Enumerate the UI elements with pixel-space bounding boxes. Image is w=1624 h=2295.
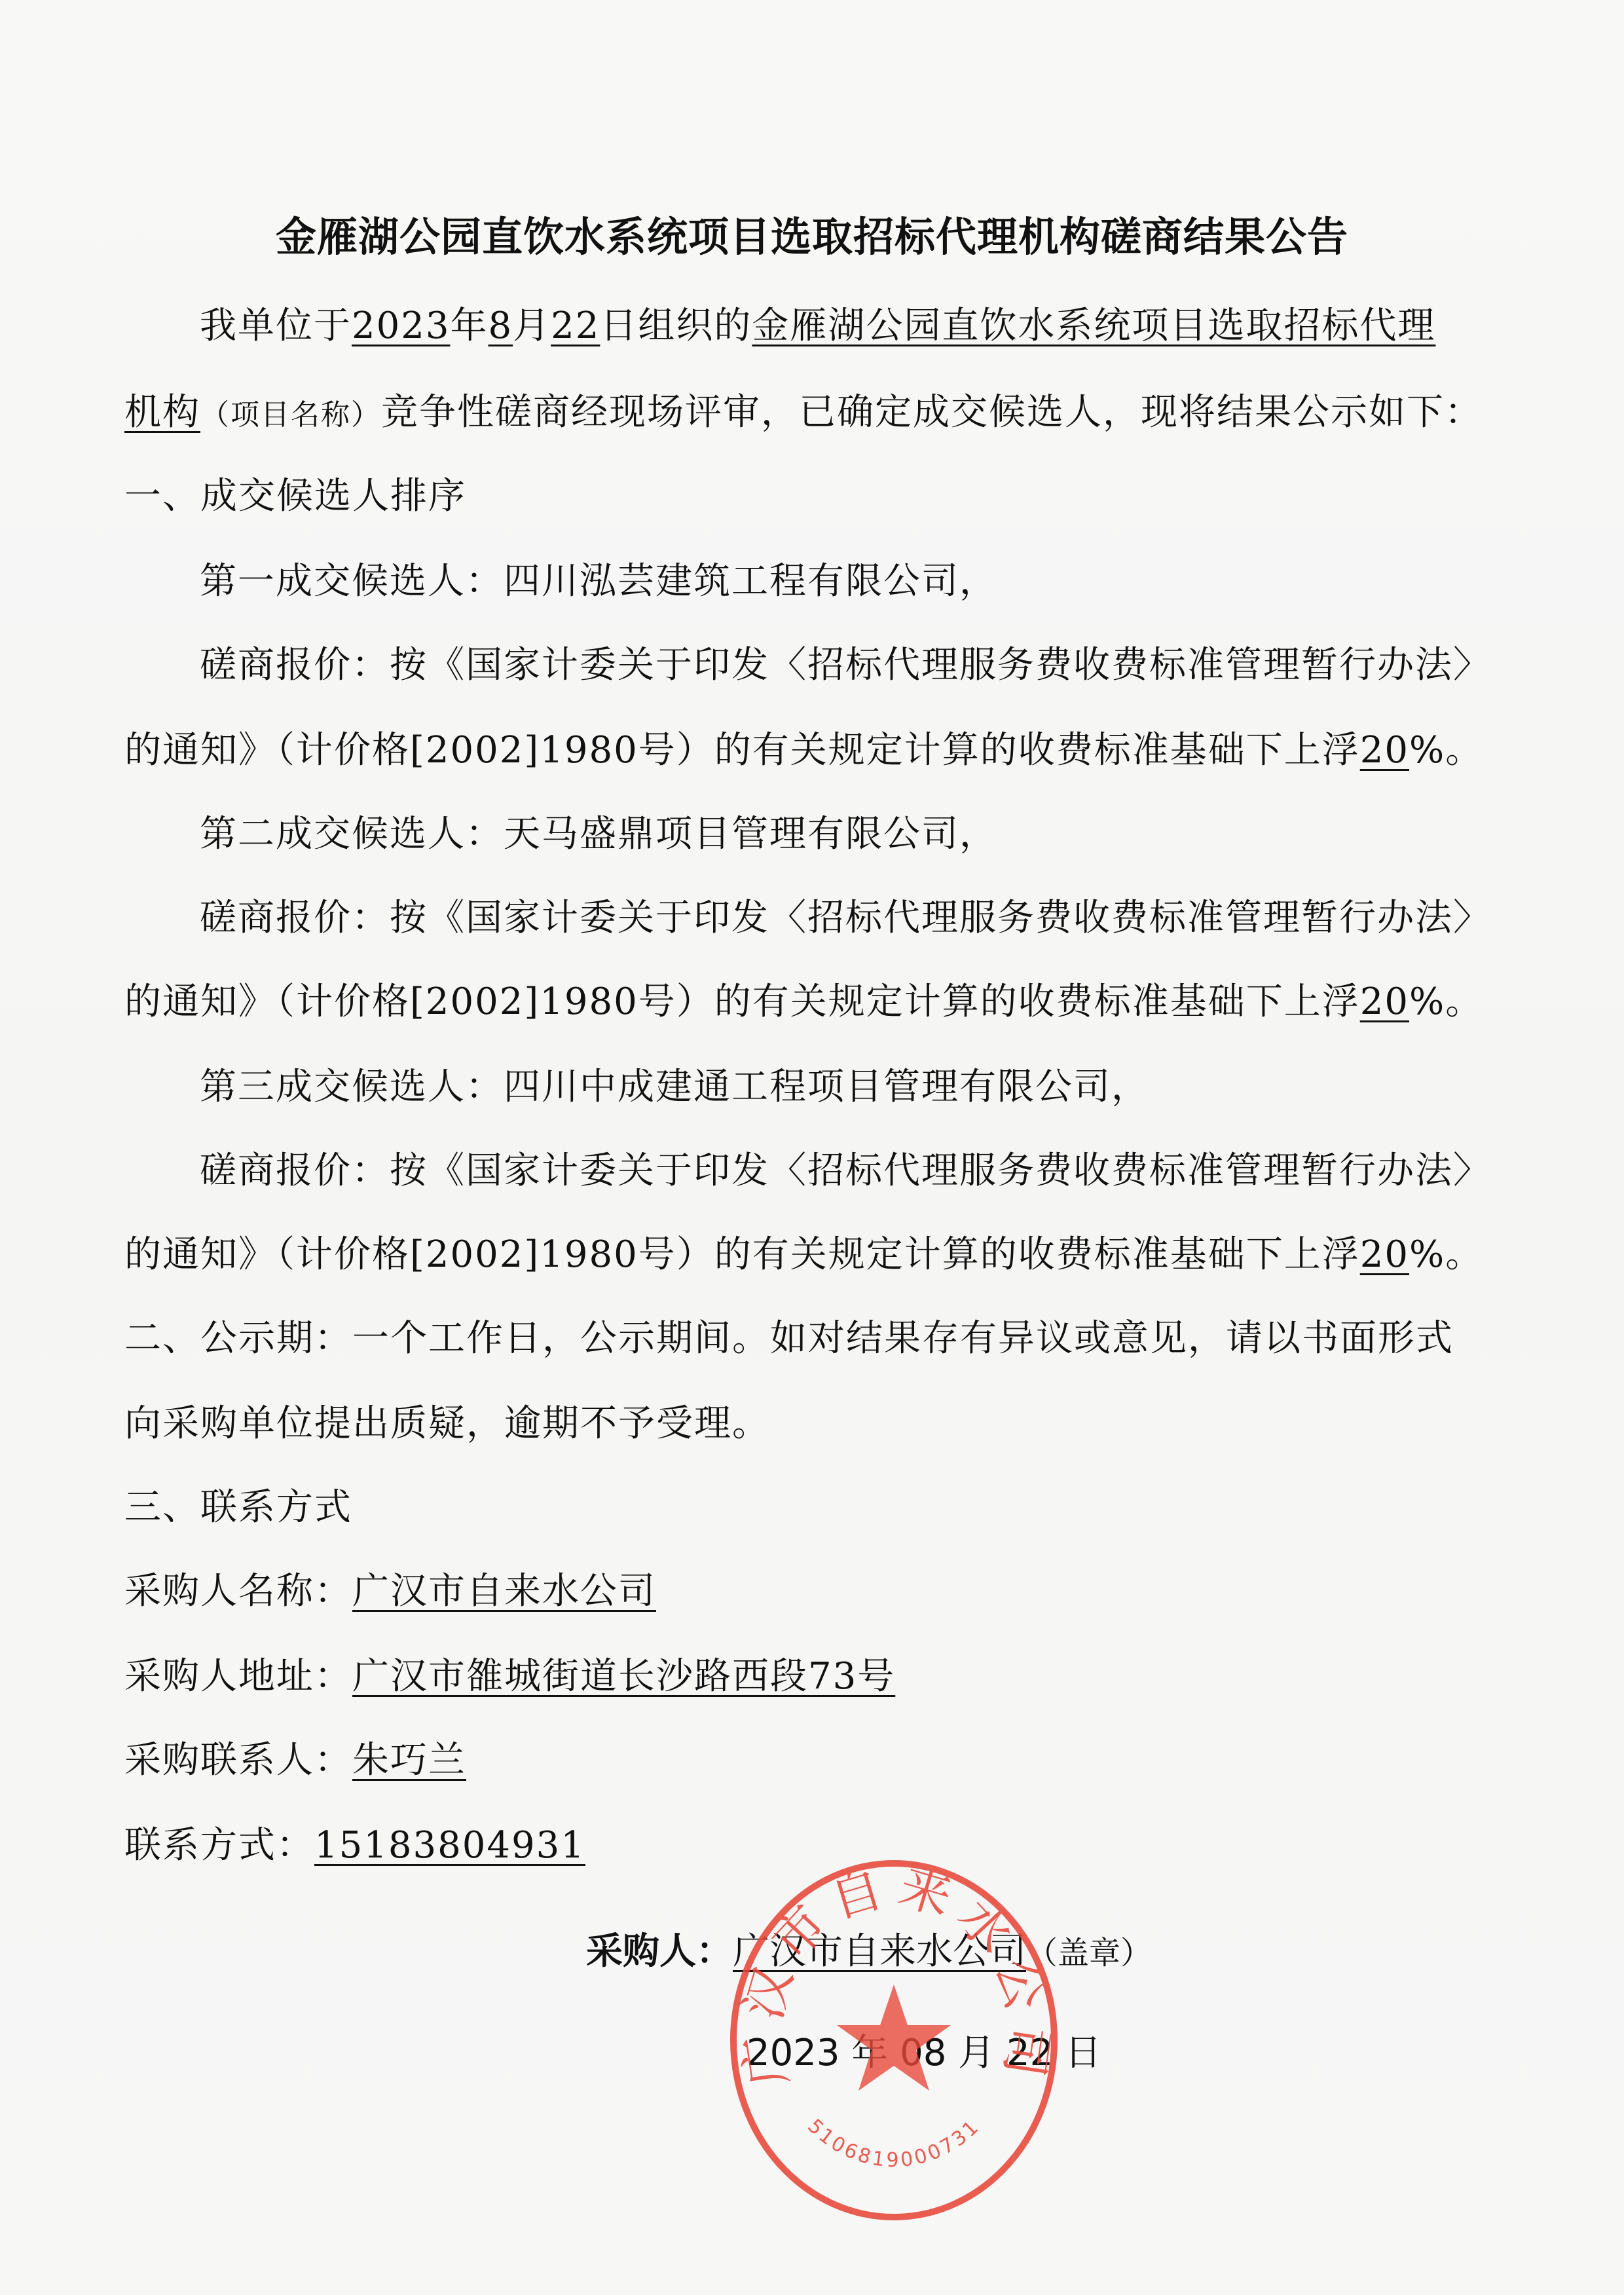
signature-value: 广汉市自来水公司 [733, 1930, 1026, 1973]
section-2-line-1: 二、公示期：一个工作日，公示期间。如对结果存有异议或意见，请以书面形式 [124, 1313, 1454, 1365]
field-value: 15183804931 [314, 1824, 585, 1867]
percent-suffix: %。 [1409, 980, 1483, 1023]
quote-text: 的通知》（计价格[2002]1980号）的有关规定计算的收费标准基础下上浮 [124, 980, 1360, 1023]
intro-day: 22 [551, 305, 600, 347]
field-value: 朱巧兰 [352, 1739, 466, 1782]
project-name: 金雁湖公园直饮水系统项目选取招标代理 [752, 305, 1435, 347]
announcement-page: 金雁湖公园直饮水系统项目选取招标代理机构磋商结果公告 我单位于2023年8月22… [0, 0, 1624, 2295]
contact-person: 采购联系人：朱巧兰 [124, 1734, 466, 1787]
field-value: 广汉市自来水公司 [352, 1570, 656, 1613]
intro-text: 日组织的 [600, 305, 752, 347]
field-label: 联系方式： [124, 1824, 314, 1867]
candidate-3-name: 第三成交候选人：四川中成建通工程项目管理有限公司， [200, 1061, 1149, 1113]
candidate-2-quote-line-2: 的通知》（计价格[2002]1980号）的有关规定计算的收费标准基础下上浮20%… [124, 976, 1483, 1028]
quote-text: 的通知》（计价格[2002]1980号）的有关规定计算的收费标准基础下上浮 [124, 729, 1360, 772]
candidate-name: 四川中成建通工程项目管理有限公司， [504, 1066, 1149, 1108]
candidate-label: 第一成交候选人： [200, 560, 504, 603]
percent-value: 20 [1360, 980, 1409, 1023]
percent-suffix: %。 [1409, 1233, 1483, 1276]
percent-suffix: %。 [1409, 729, 1483, 772]
document-title: 金雁湖公园直饮水系统项目选取招标代理机构磋商结果公告 [0, 211, 1624, 263]
field-label: 采购人地址： [124, 1655, 352, 1698]
section-2-line-2: 向采购单位提出质疑，逾期不予受理。 [124, 1398, 770, 1450]
contact-purchaser-name: 采购人名称：广汉市自来水公司 [124, 1565, 656, 1618]
signature-note: （盖章） [1026, 1935, 1152, 1971]
contact-purchaser-address: 采购人地址：广汉市雒城街道长沙路西段73号 [124, 1651, 895, 1703]
project-name-cont: 机构 [124, 391, 200, 434]
section-3-heading: 三、联系方式 [124, 1482, 352, 1534]
intro-line-1: 我单位于2023年8月22日组织的金雁湖公园直饮水系统项目选取招标代理 [200, 300, 1435, 352]
intro-month: 8 [489, 305, 513, 347]
signature-date: 2023 年 08 月 22 日 [747, 2027, 1101, 2080]
candidate-1-quote-line-2: 的通知》（计价格[2002]1980号）的有关规定计算的收费标准基础下上浮20%… [124, 724, 1483, 777]
candidate-1-quote-line-1: 磋商报价：按《国家计委关于印发〈招标代理服务费收费标准管理暂行办法〉 [200, 639, 1491, 692]
intro-text: 竞争性磋商经现场评审，已确定成交候选人，现将结果公示如下： [381, 391, 1483, 434]
field-label: 采购联系人： [124, 1739, 352, 1782]
signature-line: 采购人：广汉市自来水公司（盖章） [586, 1926, 1152, 1979]
intro-text: 年 [451, 305, 489, 347]
signature-label: 采购人： [586, 1930, 733, 1973]
candidate-3-quote-line-1: 磋商报价：按《国家计委关于印发〈招标代理服务费收费标准管理暂行办法〉 [200, 1145, 1491, 1197]
candidate-2-quote-line-1: 磋商报价：按《国家计委关于印发〈招标代理服务费收费标准管理暂行办法〉 [200, 892, 1491, 944]
field-value: 广汉市雒城街道长沙路西段73号 [352, 1655, 895, 1698]
section-1-heading: 一、成交候选人排序 [124, 470, 466, 523]
percent-value: 20 [1360, 1233, 1409, 1276]
percent-value: 20 [1360, 729, 1409, 772]
project-note: （项目名称） [200, 398, 381, 432]
intro-text: 我单位于 [200, 305, 352, 347]
candidate-name: 天马盛鼎项目管理有限公司， [504, 813, 997, 855]
candidate-label: 第二成交候选人： [200, 813, 504, 855]
seal-code: 5106819000731 [803, 2115, 985, 2172]
candidate-3-quote-line-2: 的通知》（计价格[2002]1980号）的有关规定计算的收费标准基础下上浮20%… [124, 1229, 1483, 1281]
quote-text: 的通知》（计价格[2002]1980号）的有关规定计算的收费标准基础下上浮 [124, 1233, 1360, 1276]
candidate-1-name: 第一成交候选人：四川泓芸建筑工程有限公司， [200, 555, 997, 608]
intro-year: 2023 [352, 305, 451, 347]
field-label: 采购人名称： [124, 1570, 352, 1613]
intro-line-2: 机构（项目名称）竞争性磋商经现场评审，已确定成交候选人，现将结果公示如下： [124, 386, 1483, 441]
contact-phone: 联系方式：15183804931 [124, 1819, 585, 1872]
candidate-label: 第三成交候选人： [200, 1066, 504, 1108]
candidate-2-name: 第二成交候选人：天马盛鼎项目管理有限公司， [200, 808, 997, 861]
intro-text: 月 [513, 305, 551, 347]
candidate-name: 四川泓芸建筑工程有限公司， [504, 560, 997, 603]
